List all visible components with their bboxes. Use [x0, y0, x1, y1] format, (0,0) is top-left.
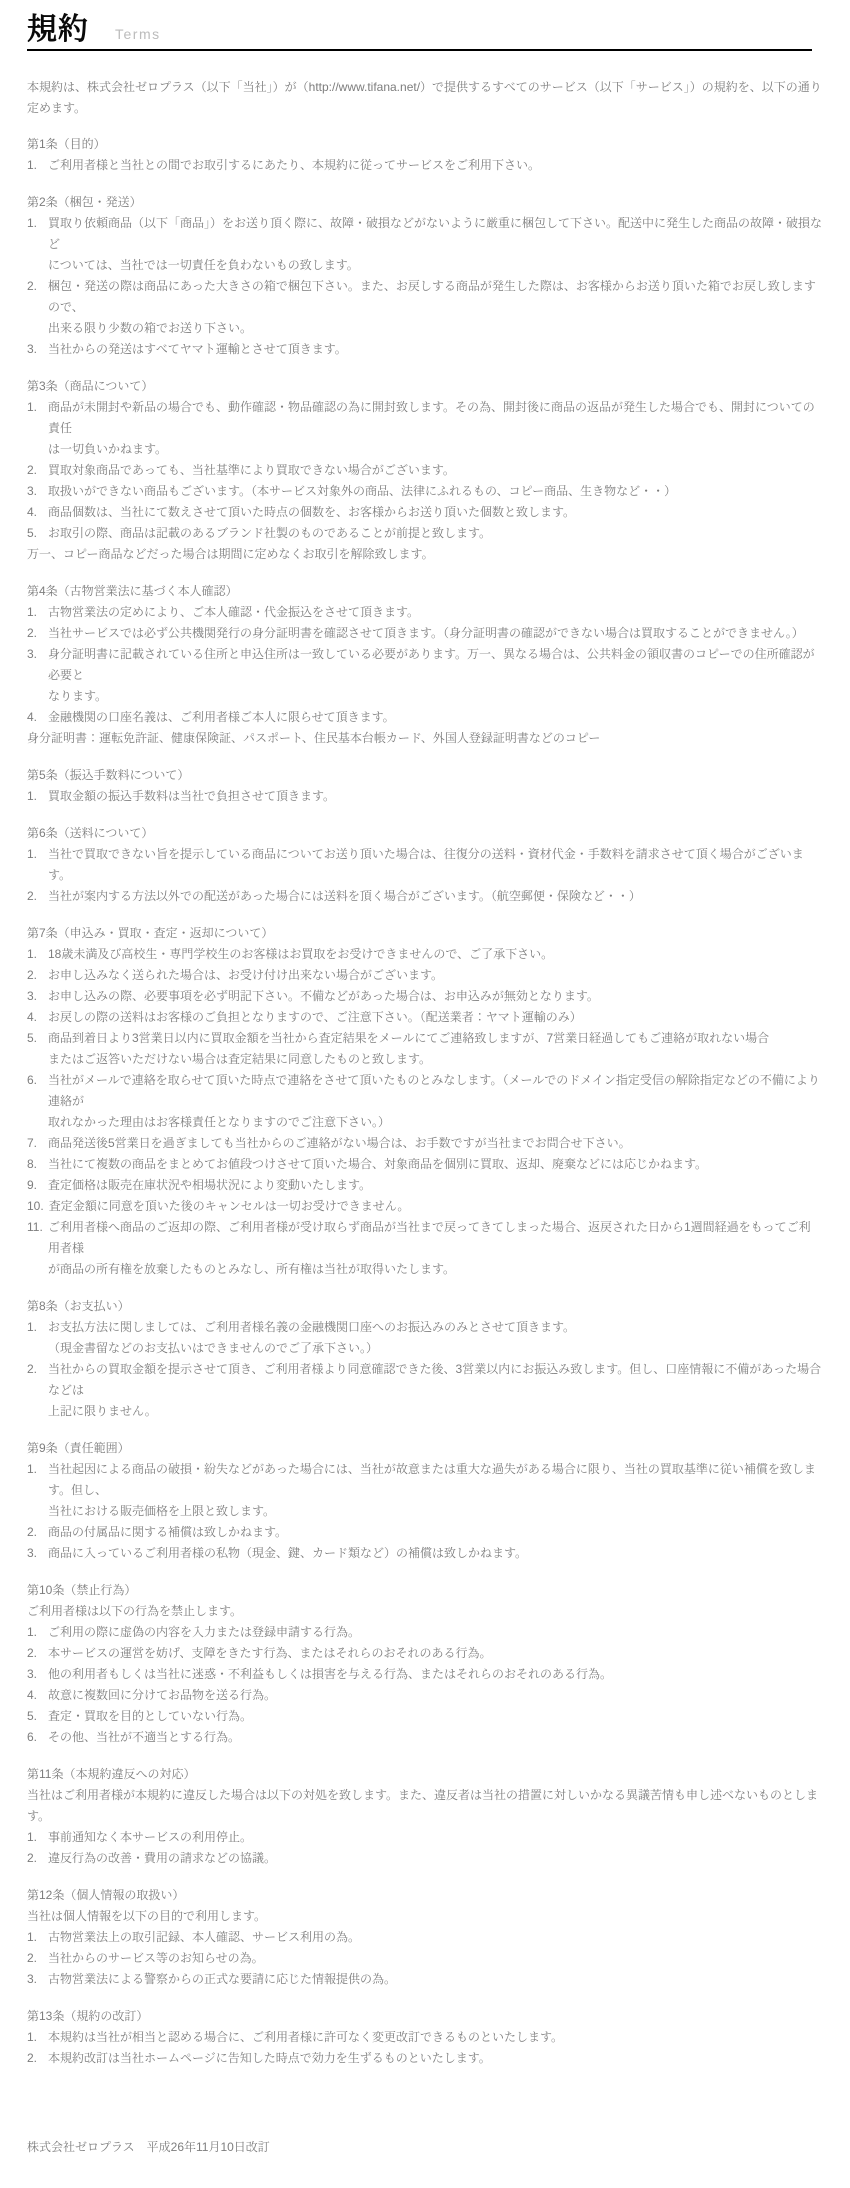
numbered-list: 1.買取り依頼商品（以下「商品」）をお送り頂く際に、故障・破損などがないように厳… — [27, 213, 822, 360]
list-item: 6.当社がメールで連絡を取らせて頂いた時点で連絡をさせて頂いたものとみなします。… — [27, 1070, 822, 1133]
item-number: 1. — [27, 1459, 43, 1480]
list-item: 9.査定価格は販売在庫状況や相場状況により変動いたします。 — [27, 1175, 822, 1196]
page-subtitle: Terms — [115, 24, 161, 45]
item-number: 2. — [27, 1359, 43, 1380]
terms-section: 第3条（商品について）1.商品が未開封や新品の場合でも、動作確認・物品確認の為に… — [27, 376, 822, 565]
item-text: 事前通知なく本サービスの利用停止。 — [48, 1827, 822, 1848]
item-number: 3. — [27, 339, 43, 360]
section-lead: ご利用者様は以下の行為を禁止します。 — [27, 1601, 822, 1622]
item-text: 商品に入っているご利用者様の私物（現金、鍵、カード類など）の補償は致しかねます。 — [48, 1543, 822, 1564]
list-item: 3.商品に入っているご利用者様の私物（現金、鍵、カード類など）の補償は致しかねま… — [27, 1543, 822, 1564]
item-number: 1. — [27, 213, 43, 234]
item-text: 18歳未満及び高校生・専門学校生のお客様はお買取をお受けできませんので、ご了承下… — [48, 944, 822, 965]
list-item: 1.ご利用の際に虚偽の内容を入力または登録申請する行為。 — [27, 1622, 822, 1643]
list-item: 3.他の利用者もしくは当社に迷惑・不利益もしくは損害を与える行為、またはそれらの… — [27, 1664, 822, 1685]
item-number: 1. — [27, 944, 43, 965]
section-heading: 第8条（お支払い） — [27, 1296, 822, 1317]
list-item: 4.商品個数は、当社にて数えさせて頂いた時点の個数を、お客様からお送り頂いた個数… — [27, 502, 822, 523]
section-heading: 第9条（責任範囲） — [27, 1438, 822, 1459]
section-heading: 第7条（申込み・買取・査定・返却について） — [27, 923, 822, 944]
item-number: 1. — [27, 1927, 43, 1948]
item-number: 2. — [27, 886, 43, 907]
item-number: 1. — [27, 1622, 43, 1643]
item-number: 5. — [27, 1706, 43, 1727]
terms-section: 第11条（本規約違反への対応）当社はご利用者様が本規約に違反した場合は以下の対処… — [27, 1764, 822, 1869]
item-number: 2. — [27, 2048, 43, 2069]
item-text: その他、当社が不適当とする行為。 — [48, 1727, 822, 1748]
section-heading: 第2条（梱包・発送） — [27, 192, 822, 213]
item-text: 当社サービスでは必ず公共機関発行の身分証明書を確認させて頂きます。（身分証明書の… — [48, 623, 822, 644]
section-heading: 第4条（古物営業法に基づく本人確認） — [27, 581, 822, 602]
item-text: 他の利用者もしくは当社に迷惑・不利益もしくは損害を与える行為、またはそれらのおそ… — [48, 1664, 822, 1685]
list-item: 2.本規約改訂は当社ホームページに告知した時点で効力を生ずるものといたします。 — [27, 2048, 822, 2069]
footer-note: 株式会社ゼロプラス 平成26年11月10日改訂 — [27, 2137, 822, 2158]
page-title: 規約 — [27, 14, 89, 46]
list-item: 3.取扱いができない商品もございます。（本サービス対象外の商品、法律にふれるもの… — [27, 481, 822, 502]
list-item: 1.お支払方法に関しましては、ご利用者様名義の金融機関口座へのお振込みのみとさせ… — [27, 1317, 822, 1359]
terms-section: 第9条（責任範囲）1.当社起因による商品の破損・紛失などがあった場合には、当社が… — [27, 1438, 822, 1564]
terms-section: 第6条（送料について）1.当社で買取できない旨を提示している商品についてお送り頂… — [27, 823, 822, 907]
section-heading: 第5条（振込手数料について） — [27, 765, 822, 786]
list-item: 2.お申し込みなく送られた場合は、お受け付け出来ない場合がございます。 — [27, 965, 822, 986]
item-number: 3. — [27, 1664, 43, 1685]
item-text: 梱包・発送の際は商品にあった大きさの箱で梱包下さい。また、お戻しする商品が発生し… — [48, 276, 822, 339]
item-number: 2. — [27, 276, 43, 297]
item-number: 4. — [27, 1685, 43, 1706]
item-text: 当社からのサービス等のお知らせの為。 — [48, 1948, 822, 1969]
item-text: お申し込みなく送られた場合は、お受け付け出来ない場合がございます。 — [48, 965, 822, 986]
numbered-list: 1.買取金額の振込手数料は当社で負担させて頂きます。 — [27, 786, 822, 807]
list-item: 2.違反行為の改善・費用の請求などの協議。 — [27, 1848, 822, 1869]
list-item: 2.当社サービスでは必ず公共機関発行の身分証明書を確認させて頂きます。（身分証明… — [27, 623, 822, 644]
item-text: お申し込みの際、必要事項を必ず明記下さい。不備などがあった場合は、お申込みが無効… — [48, 986, 822, 1007]
list-item: 1.当社で買取できない旨を提示している商品についてお送り頂いた場合は、往復分の送… — [27, 844, 822, 886]
section-heading: 第3条（商品について） — [27, 376, 822, 397]
item-text: 当社からの発送はすべてヤマト運輸とさせて頂きます。 — [48, 339, 822, 360]
list-item: 3.お申し込みの際、必要事項を必ず明記下さい。不備などがあった場合は、お申込みが… — [27, 986, 822, 1007]
numbered-list: 1.本規約は当社が相当と認める場合に、ご利用者様に許可なく変更改訂できるものとい… — [27, 2027, 822, 2069]
item-text: お支払方法に関しましては、ご利用者様名義の金融機関口座へのお振込みのみとさせて頂… — [48, 1317, 822, 1359]
list-item: 4.金融機関の口座名義は、ご利用者様ご本人に限らせて頂きます。 — [27, 707, 822, 728]
item-number: 1. — [27, 155, 43, 176]
item-text: 当社で買取できない旨を提示している商品についてお送り頂いた場合は、往復分の送料・… — [48, 844, 822, 886]
list-item: 2.本サービスの運営を妨げ、支障をきたす行為、またはそれらのおそれのある行為。 — [27, 1643, 822, 1664]
terms-section: 第10条（禁止行為）ご利用者様は以下の行為を禁止します。1.ご利用の際に虚偽の内… — [27, 1580, 822, 1748]
numbered-list: 1.商品が未開封や新品の場合でも、動作確認・物品確認の為に開封致します。その為、… — [27, 397, 822, 544]
item-text: 商品発送後5営業日を過ぎましても当社からのご連絡がない場合は、お手数ですが当社ま… — [48, 1133, 822, 1154]
terms-section: 第1条（目的）1.ご利用者様と当社との間でお取引するにあたり、本規約に従ってサー… — [27, 134, 822, 176]
numbered-list: 1.18歳未満及び高校生・専門学校生のお客様はお買取をお受けできませんので、ご了… — [27, 944, 822, 1280]
list-item: 1.古物営業法の定めにより、ご本人確認・代金振込をさせて頂きます。 — [27, 602, 822, 623]
item-text: 違反行為の改善・費用の請求などの協議。 — [48, 1848, 822, 1869]
list-item: 3.身分証明書に記載されている住所と申込住所は一致している必要があります。万一、… — [27, 644, 822, 707]
numbered-list: 1.当社起因による商品の破損・紛失などがあった場合には、当社が故意または重大な過… — [27, 1459, 822, 1564]
list-item: 1.当社起因による商品の破損・紛失などがあった場合には、当社が故意または重大な過… — [27, 1459, 822, 1522]
section-note: 万一、コピー商品などだった場合は期間に定めなくお取引を解除致します。 — [27, 544, 822, 565]
list-item: 3.当社からの発送はすべてヤマト運輸とさせて頂きます。 — [27, 339, 822, 360]
intro-paragraph: 本規約は、株式会社ゼロプラス（以下「当社」）が（http://www.tifan… — [27, 77, 822, 119]
item-number: 1. — [27, 2027, 43, 2048]
item-number: 1. — [27, 1827, 43, 1848]
numbered-list: 1.事前通知なく本サービスの利用停止。2.違反行為の改善・費用の請求などの協議。 — [27, 1827, 822, 1869]
item-text: 本規約は当社が相当と認める場合に、ご利用者様に許可なく変更改訂できるものといたし… — [48, 2027, 822, 2048]
item-number: 3. — [27, 644, 43, 665]
item-text: 査定・買取を目的としていない行為。 — [48, 1706, 822, 1727]
item-text: 商品の付属品に関する補償は致しかねます。 — [48, 1522, 822, 1543]
item-number: 6. — [27, 1727, 43, 1748]
list-item: 8.当社にて複数の商品をまとめてお値段つけさせて頂いた場合、対象商品を個別に買取… — [27, 1154, 822, 1175]
item-text: お取引の際、商品は記載のあるブランド社製のものであることが前提と致します。 — [48, 523, 822, 544]
list-item: 11.ご利用者様へ商品のご返却の際、ご利用者様が受け取らず商品が当社まで戻ってき… — [27, 1217, 822, 1280]
list-item: 1.古物営業法上の取引記録、本人確認、サービス利用の為。 — [27, 1927, 822, 1948]
item-number: 2. — [27, 623, 43, 644]
terms-section: 第7条（申込み・買取・査定・返却について）1.18歳未満及び高校生・専門学校生の… — [27, 923, 822, 1280]
numbered-list: 1.当社で買取できない旨を提示している商品についてお送り頂いた場合は、往復分の送… — [27, 844, 822, 907]
item-number: 4. — [27, 502, 43, 523]
list-item: 2.買取対象商品であっても、当社基準により買取できない場合がございます。 — [27, 460, 822, 481]
item-text: 査定金額に同意を頂いた後のキャンセルは一切お受けできません。 — [49, 1196, 822, 1217]
item-number: 4. — [27, 1007, 43, 1028]
item-text: 商品個数は、当社にて数えさせて頂いた時点の個数を、お客様からお送り頂いた個数と致… — [48, 502, 822, 523]
item-text: ご利用者様へ商品のご返却の際、ご利用者様が受け取らず商品が当社まで戻ってきてしま… — [48, 1217, 822, 1280]
list-item: 1.買取金額の振込手数料は当社で負担させて頂きます。 — [27, 786, 822, 807]
item-text: 金融機関の口座名義は、ご利用者様ご本人に限らせて頂きます。 — [48, 707, 822, 728]
item-text: 当社からの買取金額を提示させて頂き、ご利用者様より同意確認できた後、3営業以内に… — [48, 1359, 822, 1422]
terms-page: 規約 Terms 本規約は、株式会社ゼロプラス（以下「当社」）が（http://… — [0, 0, 850, 2188]
item-number: 5. — [27, 1028, 43, 1049]
item-number: 3. — [27, 1543, 43, 1564]
item-text: 商品が未開封や新品の場合でも、動作確認・物品確認の為に開封致します。その為、開封… — [48, 397, 822, 460]
list-item: 10.査定金額に同意を頂いた後のキャンセルは一切お受けできません。 — [27, 1196, 822, 1217]
item-number: 5. — [27, 523, 43, 544]
section-lead: 当社は個人情報を以下の目的で利用します。 — [27, 1906, 822, 1927]
item-number: 1. — [27, 397, 43, 418]
item-text: 当社にて複数の商品をまとめてお値段つけさせて頂いた場合、対象商品を個別に買取、返… — [48, 1154, 822, 1175]
list-item: 5.お取引の際、商品は記載のあるブランド社製のものであることが前提と致します。 — [27, 523, 822, 544]
item-text: 古物営業法の定めにより、ご本人確認・代金振込をさせて頂きます。 — [48, 602, 822, 623]
numbered-list: 1.古物営業法の定めにより、ご本人確認・代金振込をさせて頂きます。2.当社サービ… — [27, 602, 822, 728]
item-number: 1. — [27, 1317, 43, 1338]
list-item: 2.当社からの買取金額を提示させて頂き、ご利用者様より同意確認できた後、3営業以… — [27, 1359, 822, 1422]
list-item: 1.商品が未開封や新品の場合でも、動作確認・物品確認の為に開封致します。その為、… — [27, 397, 822, 460]
item-text: 当社がメールで連絡を取らせて頂いた時点で連絡をさせて頂いたものとみなします。（メ… — [48, 1070, 822, 1133]
numbered-list: 1.お支払方法に関しましては、ご利用者様名義の金融機関口座へのお振込みのみとさせ… — [27, 1317, 822, 1422]
item-number: 6. — [27, 1070, 43, 1091]
item-text: 査定価格は販売在庫状況や相場状況により変動いたします。 — [48, 1175, 822, 1196]
item-number: 8. — [27, 1154, 43, 1175]
list-item: 1.18歳未満及び高校生・専門学校生のお客様はお買取をお受けできませんので、ご了… — [27, 944, 822, 965]
item-number: 1. — [27, 786, 43, 807]
list-item: 4.お戻しの際の送料はお客様のご負担となりますので、ご注意下さい。（配送業者：ヤ… — [27, 1007, 822, 1028]
item-number: 2. — [27, 965, 43, 986]
section-heading: 第11条（本規約違反への対応） — [27, 1764, 822, 1785]
terms-section: 第2条（梱包・発送）1.買取り依頼商品（以下「商品」）をお送り頂く際に、故障・破… — [27, 192, 822, 360]
list-item: 3.古物営業法による警察からの正式な要請に応じた情報提供の為。 — [27, 1969, 822, 1990]
list-item: 1.ご利用者様と当社との間でお取引するにあたり、本規約に従ってサービスをご利用下… — [27, 155, 822, 176]
list-item: 4.故意に複数回に分けてお品物を送る行為。 — [27, 1685, 822, 1706]
item-number: 3. — [27, 481, 43, 502]
section-heading: 第12条（個人情報の取扱い） — [27, 1885, 822, 1906]
list-item: 1.買取り依頼商品（以下「商品」）をお送り頂く際に、故障・破損などがないように厳… — [27, 213, 822, 276]
list-item: 7.商品発送後5営業日を過ぎましても当社からのご連絡がない場合は、お手数ですが当… — [27, 1133, 822, 1154]
item-text: 当社起因による商品の破損・紛失などがあった場合には、当社が故意または重大な過失が… — [48, 1459, 822, 1522]
item-text: ご利用の際に虚偽の内容を入力または登録申請する行為。 — [48, 1622, 822, 1643]
item-number: 11. — [27, 1217, 43, 1238]
item-number: 3. — [27, 986, 43, 1007]
list-item: 2.当社からのサービス等のお知らせの為。 — [27, 1948, 822, 1969]
item-text: 買取対象商品であっても、当社基準により買取できない場合がございます。 — [48, 460, 822, 481]
item-number: 2. — [27, 1643, 43, 1664]
numbered-list: 1.ご利用の際に虚偽の内容を入力または登録申請する行為。2.本サービスの運営を妨… — [27, 1622, 822, 1748]
item-text: 買取金額の振込手数料は当社で負担させて頂きます。 — [48, 786, 822, 807]
numbered-list: 1.古物営業法上の取引記録、本人確認、サービス利用の為。2.当社からのサービス等… — [27, 1927, 822, 1990]
item-text: 古物営業法上の取引記録、本人確認、サービス利用の為。 — [48, 1927, 822, 1948]
section-heading: 第10条（禁止行為） — [27, 1580, 822, 1601]
section-heading: 第13条（規約の改訂） — [27, 2006, 822, 2027]
terms-section: 第13条（規約の改訂）1.本規約は当社が相当と認める場合に、ご利用者様に許可なく… — [27, 2006, 822, 2069]
item-text: 古物営業法による警察からの正式な要請に応じた情報提供の為。 — [48, 1969, 822, 1990]
page-header: 規約 Terms — [27, 14, 812, 51]
list-item: 6.その他、当社が不適当とする行為。 — [27, 1727, 822, 1748]
list-item: 5.商品到着日より3営業日以内に買取金額を当社から査定結果をメールにてご連絡致し… — [27, 1028, 822, 1070]
page-footer: 株式会社ゼロプラス 平成26年11月10日改訂 — [27, 2137, 822, 2158]
item-number: 2. — [27, 460, 43, 481]
item-text: お戻しの際の送料はお客様のご負担となりますので、ご注意下さい。（配送業者：ヤマト… — [48, 1007, 822, 1028]
list-item: 2.梱包・発送の際は商品にあった大きさの箱で梱包下さい。また、お戻しする商品が発… — [27, 276, 822, 339]
terms-section: 第5条（振込手数料について）1.買取金額の振込手数料は当社で負担させて頂きます。 — [27, 765, 822, 807]
item-text: 当社が案内する方法以外での配送があった場合には送料を頂く場合がございます。（航空… — [48, 886, 822, 907]
item-number: 2. — [27, 1948, 43, 1969]
item-number: 4. — [27, 707, 43, 728]
item-number: 10. — [27, 1196, 44, 1217]
list-item: 5.査定・買取を目的としていない行為。 — [27, 1706, 822, 1727]
list-item: 1.本規約は当社が相当と認める場合に、ご利用者様に許可なく変更改訂できるものとい… — [27, 2027, 822, 2048]
item-number: 7. — [27, 1133, 43, 1154]
item-text: 身分証明書に記載されている住所と申込住所は一致している必要があります。万一、異な… — [48, 644, 822, 707]
item-text: 本規約改訂は当社ホームページに告知した時点で効力を生ずるものといたします。 — [48, 2048, 822, 2069]
item-text: 本サービスの運営を妨げ、支障をきたす行為、またはそれらのおそれのある行為。 — [48, 1643, 822, 1664]
section-heading: 第6条（送料について） — [27, 823, 822, 844]
section-heading: 第1条（目的） — [27, 134, 822, 155]
terms-section: 第4条（古物営業法に基づく本人確認）1.古物営業法の定めにより、ご本人確認・代金… — [27, 581, 822, 749]
numbered-list: 1.ご利用者様と当社との間でお取引するにあたり、本規約に従ってサービスをご利用下… — [27, 155, 822, 176]
item-number: 2. — [27, 1522, 43, 1543]
section-lead: 当社はご利用者様が本規約に違反した場合は以下の対処を致します。また、違反者は当社… — [27, 1785, 822, 1827]
item-text: ご利用者様と当社との間でお取引するにあたり、本規約に従ってサービスをご利用下さい… — [48, 155, 822, 176]
terms-section: 第12条（個人情報の取扱い）当社は個人情報を以下の目的で利用します。1.古物営業… — [27, 1885, 822, 1990]
item-number: 9. — [27, 1175, 43, 1196]
list-item: 1.事前通知なく本サービスの利用停止。 — [27, 1827, 822, 1848]
item-number: 1. — [27, 602, 43, 623]
item-text: 買取り依頼商品（以下「商品」）をお送り頂く際に、故障・破損などがないように厳重に… — [48, 213, 822, 276]
item-text: 取扱いができない商品もございます。（本サービス対象外の商品、法律にふれるもの、コ… — [48, 481, 822, 502]
item-number: 3. — [27, 1969, 43, 1990]
terms-section: 第8条（お支払い）1.お支払方法に関しましては、ご利用者様名義の金融機関口座への… — [27, 1296, 822, 1422]
item-number: 2. — [27, 1848, 43, 1869]
item-text: 商品到着日より3営業日以内に買取金額を当社から査定結果をメールにてご連絡致します… — [48, 1028, 822, 1070]
list-item: 2.商品の付属品に関する補償は致しかねます。 — [27, 1522, 822, 1543]
section-note: 身分証明書：運転免許証、健康保険証、パスポート、住民基本台帳カード、外国人登録証… — [27, 728, 822, 749]
list-item: 2.当社が案内する方法以外での配送があった場合には送料を頂く場合がございます。（… — [27, 886, 822, 907]
sections-container: 第1条（目的）1.ご利用者様と当社との間でお取引するにあたり、本規約に従ってサー… — [27, 134, 822, 2069]
item-number: 1. — [27, 844, 43, 865]
item-text: 故意に複数回に分けてお品物を送る行為。 — [48, 1685, 822, 1706]
